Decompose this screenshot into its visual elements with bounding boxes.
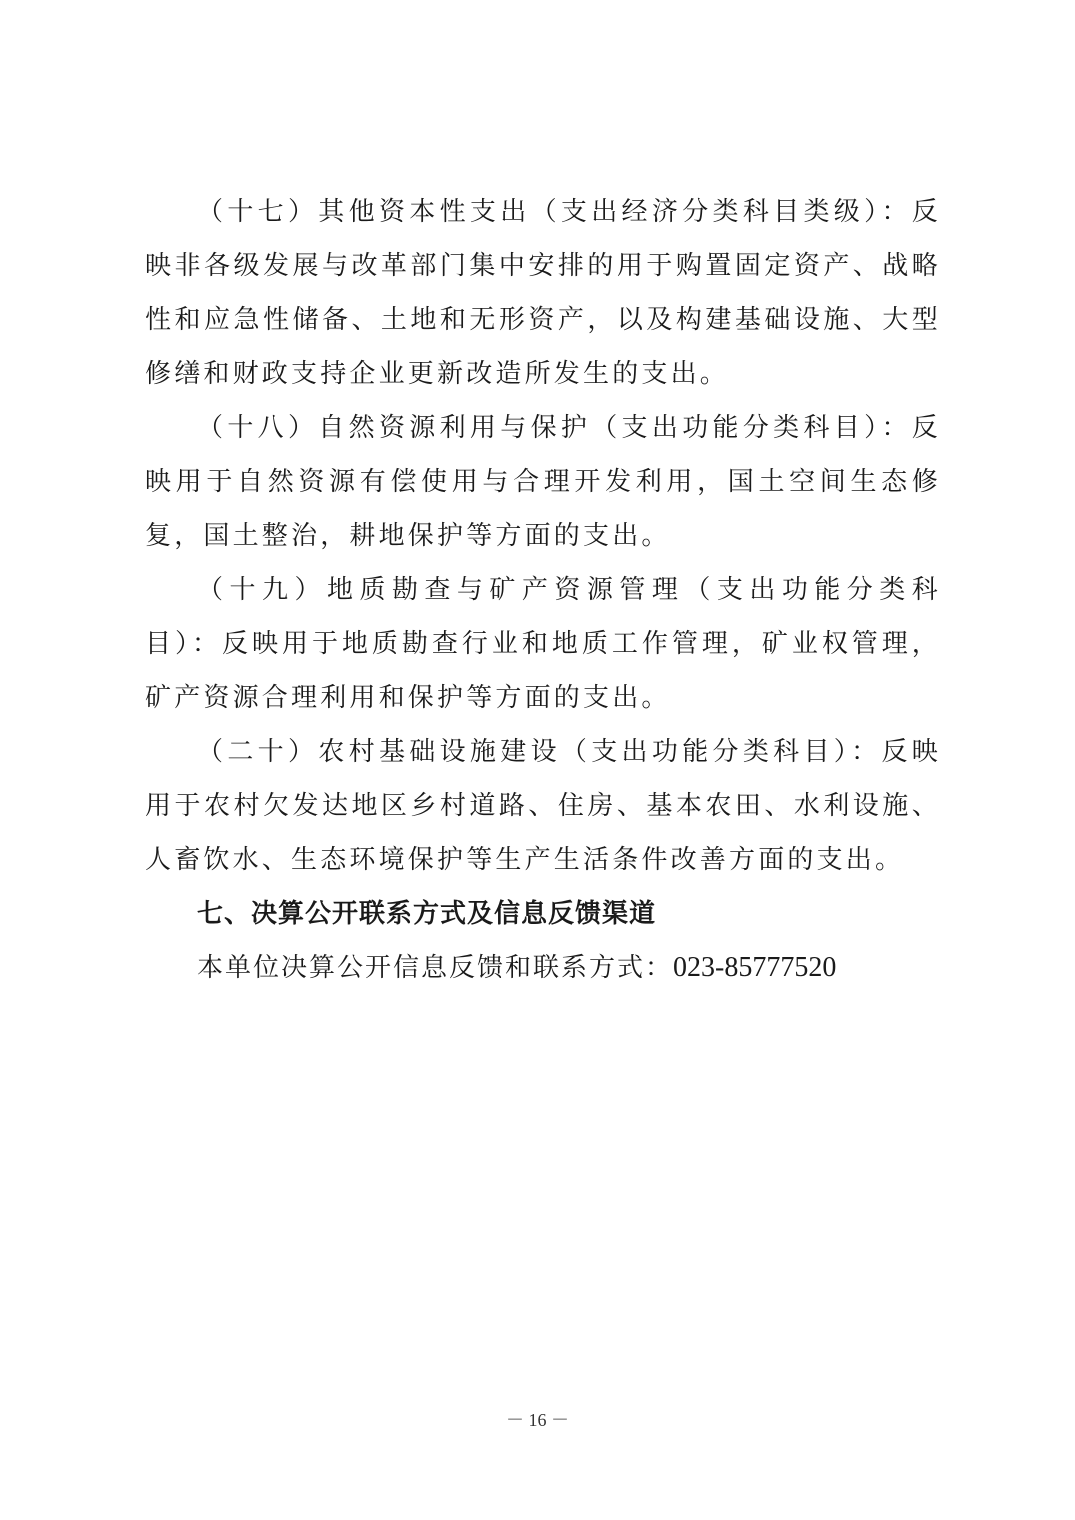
paragraph-natural-resources: （十八）自然资源利用与保护（支出功能分类科目）：反映用于自然资源有偿使用与合理开… bbox=[145, 401, 941, 563]
contact-line: 本单位决算公开信息反馈和联系方式：023-85777520 bbox=[145, 941, 941, 995]
document-body: （十七）其他资本性支出（支出经济分类科目类级）：反映非各级发展与改革部门集中安排… bbox=[145, 185, 941, 995]
contact-label: 本单位决算公开信息反馈和联系方式： bbox=[197, 953, 673, 983]
page-number: － 16 － bbox=[0, 1406, 1075, 1432]
section-heading: 七、决算公开联系方式及信息反馈渠道 bbox=[145, 887, 941, 941]
paragraph-rural-infrastructure: （二十）农村基础设施建设（支出功能分类科目）：反映用于农村欠发达地区乡村道路、住… bbox=[145, 725, 941, 887]
contact-phone: 023-85777520 bbox=[673, 952, 836, 983]
paragraph-other-capital-expenditure: （十七）其他资本性支出（支出经济分类科目类级）：反映非各级发展与改革部门集中安排… bbox=[145, 185, 941, 401]
paragraph-geological-survey: （十九）地质勘查与矿产资源管理（支出功能分类科目）：反映用于地质勘查行业和地质工… bbox=[145, 563, 941, 725]
